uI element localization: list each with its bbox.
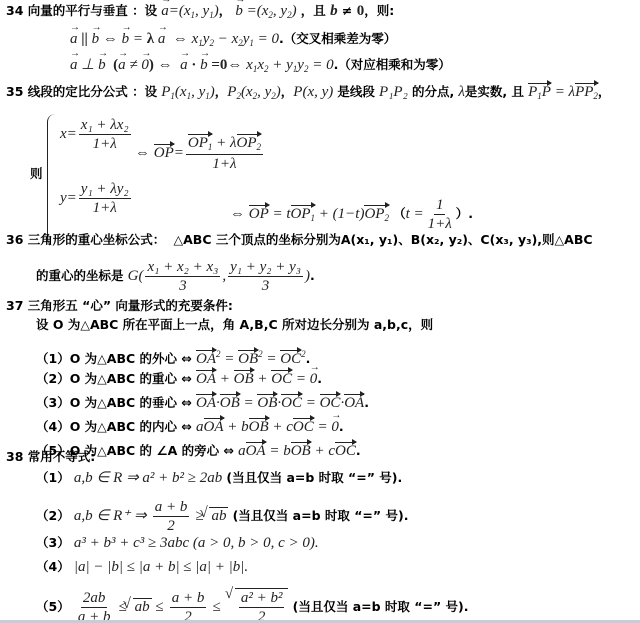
section-37-heading: 37 三角形五 “心” 向量形式的充要条件: (6, 298, 233, 315)
inequality-4: （4） |a| − |b| ≤ |a + b| ≤ |a| + |b|. (36, 559, 248, 576)
section-37-intro: 设 O 为△ABC 所在平面上一点，角 A,B,C 所对边长分别为 a,b,c，… (36, 317, 433, 334)
section-38-heading: 38 常用不等式: (6, 449, 95, 466)
inequality-3: （3） a³ + b³ + c³ ≥ 3abc (a > 0, b > 0, c… (36, 535, 319, 552)
center-item-3: （3）O 为△ABC 的垂心 ⇔ OA·OB = OB·OC = OC·OA. (36, 394, 369, 412)
section-36-heading: 36 三角形的重心坐标公式： △ABC 三个顶点的坐标分别为A(x₁, y₁)、… (6, 232, 593, 249)
x-formula: x=x₁ + λx₂1+λ (60, 116, 133, 153)
condition-text: ，且 b ≠ 0，则: (301, 3, 395, 18)
inequality-1: （1） a,b ∈ R ⇒ a² + b² ≥ 2ab (当且仅当 a=b 时取… (36, 470, 402, 487)
section-35-heading: 35 线段的定比分公式 ：设 P1(x1, y1)，P2(x2, y2)，P(x… (6, 83, 610, 104)
op-t-formula: ⇔ OP = tOP1 + (1−t)OP2 （t =11+λ）. (230, 196, 473, 233)
system-brace (47, 114, 58, 246)
perpendicular-condition: a ⊥ b (a ≠ 0) ⇔ a · b =0⇔ x1x2 + y1y2 = … (70, 57, 451, 77)
op-formula: ⇔ OP=OP1 + λOP21+λ (135, 134, 265, 173)
center-item-2: （2）O 为△ABC 的重心 ⇔ OA + OB + OC = 0. (36, 370, 322, 388)
b-definition: b =(x2, y2) (235, 3, 296, 19)
center-item-1: （1）O 为△ABC 的外心 ⇔ OA2 = OB2 = OC2. (36, 346, 310, 368)
y-formula: y=y₁ + λy₂1+λ (60, 180, 133, 217)
centroid-formula: 的重心的坐标是 G(x₁ + x₂ + x₃3,y₁ + y₂ + y₃3). (36, 258, 315, 295)
center-item-4: （4）O 为△ABC 的内心 ⇔ aOA + bOB + cOC = 0. (36, 418, 344, 436)
inequality-5: （5） 2aba + b ≤ ab ≤ a + b2 ≤ a² + b²2 (当… (36, 588, 468, 623)
inequality-2: （2） a,b ∈ R⁺ ⇒ a + b2 ≥ ab (当且仅当 a=b 时取 … (36, 498, 408, 535)
section-34-heading: 34 向量的平行与垂直 ：设 a=(x1, y1)， b =(x2, y2) ，… (6, 3, 394, 23)
a-definition: a=(x1, y1) (161, 3, 218, 19)
then-label: 则 (30, 166, 43, 183)
